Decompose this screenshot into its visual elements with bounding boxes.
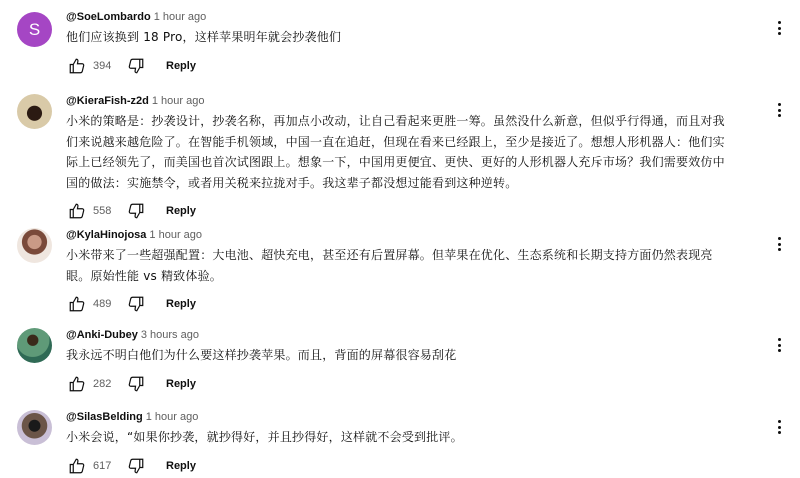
author-name[interactable]: @Anki-Dubey — [66, 329, 138, 341]
author-name[interactable]: @SoeLombardo — [66, 11, 151, 23]
reply-button[interactable]: Reply — [166, 460, 196, 472]
thumbs-up-icon[interactable] — [66, 293, 88, 315]
comment-body: @SilasBelding1 hour ago 小米会说，“如果你抄袭，就抄得好… — [66, 410, 736, 478]
comment-body: @Anki-Dubey3 hours ago 我永远不明白他们为什么要这样抄袭苹… — [66, 328, 736, 396]
comment-body: @KieraFish-z2d1 hour ago 小米的策略是：抄袭设计，抄袭名… — [66, 94, 736, 223]
avatar[interactable] — [17, 410, 52, 445]
thumbs-down-icon[interactable] — [125, 373, 147, 395]
thumbs-down-icon[interactable] — [125, 455, 147, 477]
timestamp[interactable]: 1 hour ago — [152, 95, 205, 107]
comment-actions: 558 Reply — [66, 199, 736, 223]
timestamp[interactable]: 1 hour ago — [149, 229, 202, 241]
thumbs-up-icon[interactable] — [66, 55, 88, 77]
comment-text: 他们应该换到 18 Pro，这样苹果明年就会抄袭他们 — [66, 27, 736, 48]
comment-text: 小米的策略是：抄袭设计，抄袭名称，再加点小改动，让自己看起来更胜一筹。虽然没什么… — [66, 111, 736, 193]
author-name[interactable]: @KieraFish-z2d — [66, 95, 149, 107]
like-count: 617 — [93, 460, 113, 472]
thumbs-up-icon[interactable] — [66, 373, 88, 395]
comment-actions: 617 Reply — [66, 454, 736, 478]
avatar[interactable] — [17, 228, 52, 263]
avatar[interactable]: S — [17, 12, 52, 47]
more-vertical-icon[interactable] — [772, 233, 786, 255]
reply-button[interactable]: Reply — [166, 205, 196, 217]
thumbs-down-icon[interactable] — [125, 293, 147, 315]
thumbs-up-icon[interactable] — [66, 455, 88, 477]
avatar[interactable] — [17, 94, 52, 129]
thumbs-down-icon[interactable] — [125, 200, 147, 222]
like-count: 394 — [93, 60, 113, 72]
more-vertical-icon[interactable] — [772, 99, 786, 121]
timestamp[interactable]: 1 hour ago — [146, 411, 199, 423]
more-vertical-icon[interactable] — [772, 416, 786, 438]
avatar[interactable] — [17, 328, 52, 363]
comment-body: @KylaHinojosa1 hour ago 小米带来了一些超强配置：大电池、… — [66, 228, 736, 316]
comment-actions: 394 Reply — [66, 54, 736, 78]
reply-button[interactable]: Reply — [166, 60, 196, 72]
timestamp[interactable]: 1 hour ago — [154, 11, 207, 23]
comment-actions: 282 Reply — [66, 372, 736, 396]
comment-text: 小米会说，“如果你抄袭，就抄得好，并且抄得好，这样就不会受到批评。 — [66, 427, 736, 448]
more-vertical-icon[interactable] — [772, 334, 786, 356]
comment-body: @SoeLombardo1 hour ago 他们应该换到 18 Pro，这样苹… — [66, 10, 736, 78]
timestamp[interactable]: 3 hours ago — [141, 329, 199, 341]
thumbs-down-icon[interactable] — [125, 55, 147, 77]
reply-button[interactable]: Reply — [166, 378, 196, 390]
thumbs-up-icon[interactable] — [66, 200, 88, 222]
like-count: 282 — [93, 378, 113, 390]
comment-text: 我永远不明白他们为什么要这样抄袭苹果。而且，背面的屏幕很容易刮花 — [66, 345, 736, 366]
comment-actions: 489 Reply — [66, 292, 736, 316]
reply-button[interactable]: Reply — [166, 298, 196, 310]
author-name[interactable]: @SilasBelding — [66, 411, 143, 423]
author-name[interactable]: @KylaHinojosa — [66, 229, 146, 241]
more-vertical-icon[interactable] — [772, 17, 786, 39]
comment-text: 小米带来了一些超强配置：大电池、超快充电，甚至还有后置屏幕。但苹果在优化、生态系… — [66, 245, 736, 286]
like-count: 489 — [93, 298, 113, 310]
like-count: 558 — [93, 205, 113, 217]
